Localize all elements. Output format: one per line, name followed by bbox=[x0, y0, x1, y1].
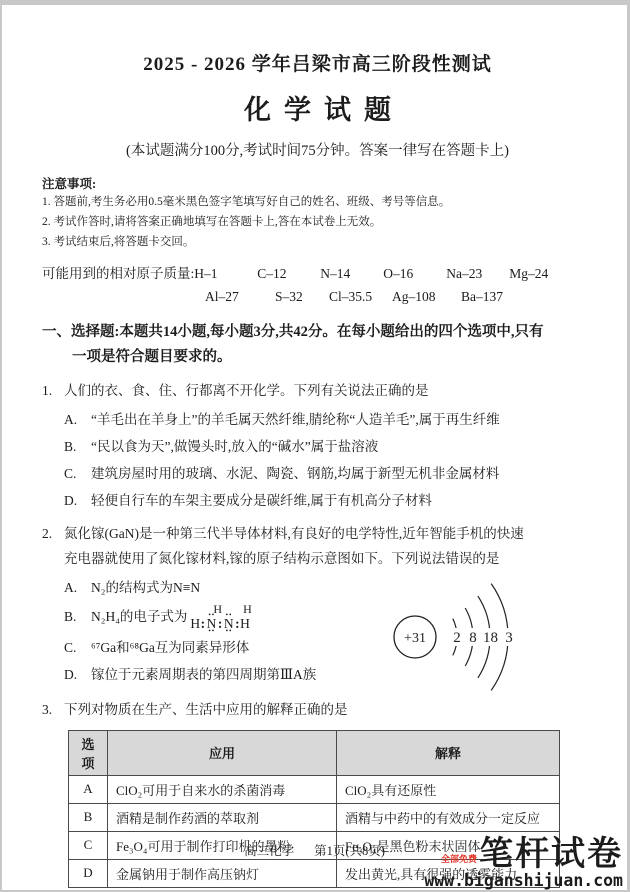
question-number: 2. bbox=[42, 521, 64, 546]
question-number: 1. bbox=[42, 378, 64, 403]
option-label: A. bbox=[64, 410, 91, 430]
watermark-brand-row: 全部免费 笔杆试卷 bbox=[424, 839, 623, 871]
footer-course-label: 高三化学 bbox=[244, 844, 294, 858]
option-label: D. bbox=[64, 665, 91, 685]
header-cell-option: 选项 bbox=[69, 730, 108, 775]
cell-application: 金属钠用于制作高压钠灯 bbox=[108, 859, 337, 887]
mass-item: O–16 bbox=[383, 262, 446, 285]
question-1-option-d: D. 轻便自行车的车架主要成分是碳纤维,属于有机高分子材料 bbox=[42, 491, 593, 511]
section-heading-line-1: 一、选择题:本题共14小题,每小题3分,共42分。在每小题给出的四个选项中,只有 bbox=[42, 320, 593, 345]
table-header-row: 选项 应用 解释 bbox=[69, 730, 560, 775]
footer-page-number: 第1页(共8页) bbox=[314, 844, 385, 858]
mass-item: C–12 bbox=[257, 262, 320, 285]
question-2-stem-line-2: 充电器就使用了氮化镓材料,镓的原子结构示意图如下。下列说法错误的是 bbox=[42, 546, 593, 571]
cell-option: D bbox=[69, 859, 108, 887]
note-item-1: 1. 答题前,考生务必用0.5毫米黑色签字笔填写好自己的姓名、班级、考号等信息。 bbox=[42, 193, 593, 212]
mass-item: Mg–24 bbox=[509, 262, 572, 285]
option-text: “民以食为天”,做馒头时,放入的“碱水”属于盐溶液 bbox=[91, 437, 593, 457]
mass-item: Ba–137 bbox=[461, 285, 520, 308]
formula-atom: H bbox=[190, 616, 200, 631]
question-stem-text: 氮化镓(GaN)是一种第三代半导体材料,有良好的电学特性,近年智能手机的快速 bbox=[64, 521, 593, 546]
option-label: B. bbox=[64, 607, 91, 627]
mass-item: H–1 bbox=[194, 262, 257, 285]
electron-formula-main-row: H:N:N:H bbox=[190, 617, 260, 631]
subject-title: 化学试题 bbox=[42, 88, 593, 127]
note-item-3: 3. 考试结束后,将答题卡交回。 bbox=[42, 233, 593, 252]
table-header: 选项 应用 解释 bbox=[69, 730, 560, 775]
formula-atom: H bbox=[240, 616, 250, 631]
mass-item: Cl–35.5 bbox=[329, 285, 392, 308]
question-number: 3. bbox=[42, 697, 64, 722]
formula-atom-n: N bbox=[223, 617, 235, 631]
question-1: 1. 人们的衣、食、住、行都离不开化学。下列有关说法正确的是 A. “羊毛出在羊… bbox=[42, 378, 593, 511]
option-text-prefix: N₂H₄的电子式为 bbox=[91, 607, 187, 627]
atomic-masses-label: 可能用到的相对原子质量: bbox=[42, 262, 194, 285]
exam-paper-page: 2025 - 2026 学年吕梁市高三阶段性测试 化学试题 (本试题满分100分… bbox=[2, 5, 627, 890]
option-text: 轻便自行车的车架主要成分是碳纤维,属于有机高分子材料 bbox=[91, 491, 593, 511]
site-watermark: 全部免费 笔杆试卷 www.biganshijuan.com bbox=[424, 839, 623, 889]
cell-explanation: ClO₂具有还原性 bbox=[337, 775, 560, 803]
cell-option: A bbox=[69, 775, 108, 803]
cell-application: 酒精是制作药酒的萃取剂 bbox=[108, 803, 337, 831]
exam-title: 2025 - 2026 学年吕梁市高三阶段性测试 bbox=[42, 49, 593, 76]
atomic-structure-svg: +31 2 8 18 3 bbox=[385, 581, 537, 693]
section-one-heading: 一、选择题:本题共14小题,每小题3分,共42分。在每小题给出的四个选项中,只有… bbox=[42, 320, 593, 370]
cell-application: ClO₂可用于自来水的杀菌消毒 bbox=[108, 775, 337, 803]
option-label: C. bbox=[64, 638, 91, 658]
mass-item: Al–27 bbox=[205, 285, 275, 308]
question-2-stem: 2. 氮化镓(GaN)是一种第三代半导体材料,有良好的电学特性,近年智能手机的快… bbox=[42, 521, 593, 546]
atomic-masses-line-1: 可能用到的相对原子质量:H–1C–12N–14O–16Na–23Mg–24 bbox=[42, 262, 593, 285]
formula-atom-n: N bbox=[206, 617, 218, 631]
notes-heading: 注意事项: bbox=[42, 174, 593, 192]
option-text: 建筑房屋时用的玻璃、水泥、陶瓷、钢筋,均属于新型无机非金属材料 bbox=[91, 464, 593, 484]
option-label: C. bbox=[64, 464, 91, 484]
shell-electron-count: 8 bbox=[469, 630, 477, 646]
question-2: 2. 氮化镓(GaN)是一种第三代半导体材料,有良好的电学特性,近年智能手机的快… bbox=[42, 521, 593, 685]
mass-item: Ag–108 bbox=[392, 285, 461, 308]
question-1-option-c: C. 建筑房屋时用的玻璃、水泥、陶瓷、钢筋,均属于新型无机非金属材料 bbox=[42, 464, 593, 484]
electron-dot-formula: H H H:N:N:H bbox=[190, 603, 260, 631]
shell-electron-count: 2 bbox=[453, 630, 461, 646]
mass-item: S–32 bbox=[275, 285, 329, 308]
question-3-stem: 3. 下列对物质在生产、生活中应用的解释正确的是 bbox=[42, 697, 593, 722]
question-stem-text: 人们的衣、食、住、行都离不开化学。下列有关说法正确的是 bbox=[64, 378, 593, 403]
watermark-brand-name: 笔杆试卷 bbox=[479, 839, 623, 871]
question-stem-text: 下列对物质在生产、生活中应用的解释正确的是 bbox=[64, 697, 593, 722]
atomic-masses-line-2: Al–27S–32Cl–35.5Ag–108Ba–137 bbox=[42, 285, 593, 308]
cell-option: B bbox=[69, 803, 108, 831]
watermark-site-url: www.biganshijuan.com bbox=[424, 872, 623, 889]
header-cell-explanation: 解释 bbox=[337, 730, 560, 775]
header-cell-application: 应用 bbox=[108, 730, 337, 775]
shell-electron-count: 3 bbox=[505, 630, 513, 646]
section-heading-line-2: 一项是符合题目要求的。 bbox=[42, 345, 593, 370]
nucleus-charge-label: +31 bbox=[404, 631, 426, 646]
question-1-stem: 1. 人们的衣、食、住、行都离不开化学。下列有关说法正确的是 bbox=[42, 378, 593, 403]
exam-info-line: (本试题满分100分,考试时间75分钟。答案一律写在答题卡上) bbox=[42, 139, 593, 160]
mass-item: Na–23 bbox=[446, 262, 509, 285]
page-content: 2025 - 2026 学年吕梁市高三阶段性测试 化学试题 (本试题满分100分… bbox=[2, 49, 627, 888]
mass-item: N–14 bbox=[320, 262, 383, 285]
watermark-free-tag: 全部免费 bbox=[441, 852, 477, 865]
question-1-option-a: A. “羊毛出在羊身上”的羊毛属天然纤维,腈纶称“人造羊毛”,属于再生纤维 bbox=[42, 410, 593, 430]
note-item-2: 2. 考试作答时,请将答案正确地填写在答题卡上,答在本试卷上无效。 bbox=[42, 213, 593, 232]
atomic-structure-diagram: +31 2 8 18 3 bbox=[385, 581, 537, 693]
shell-electron-count: 18 bbox=[483, 630, 498, 646]
atomic-masses: 可能用到的相对原子质量:H–1C–12N–14O–16Na–23Mg–24 Al… bbox=[42, 262, 593, 308]
option-label: A. bbox=[64, 578, 91, 598]
option-label: B. bbox=[64, 437, 91, 457]
table-row: B 酒精是制作药酒的萃取剂 酒精与中药中的有效成分一定反应 bbox=[69, 803, 560, 831]
table-row: A ClO₂可用于自来水的杀菌消毒 ClO₂具有还原性 bbox=[69, 775, 560, 803]
option-text: “羊毛出在羊身上”的羊毛属天然纤维,腈纶称“人造羊毛”,属于再生纤维 bbox=[91, 410, 593, 430]
option-label: D. bbox=[64, 491, 91, 511]
cell-explanation: 酒精与中药中的有效成分一定反应 bbox=[337, 803, 560, 831]
question-1-option-b: B. “民以食为天”,做馒头时,放入的“碱水”属于盐溶液 bbox=[42, 437, 593, 457]
